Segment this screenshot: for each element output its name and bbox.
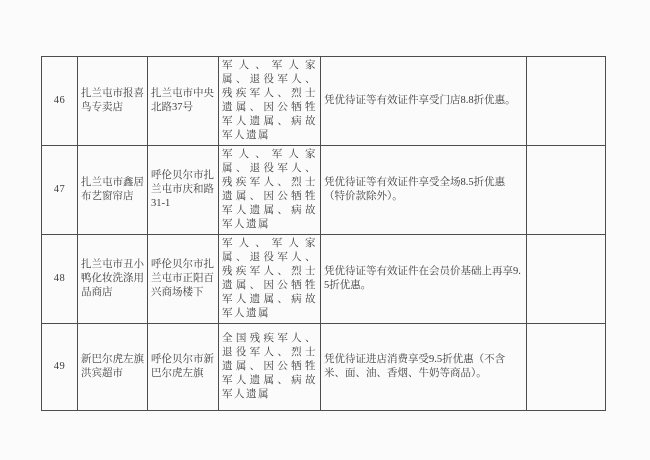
row-number-cell: 49 <box>42 324 78 411</box>
eligible-group-cell: 军人、军人家属、退役军人、残疾军人、烈士遗属、因公牺牲军人遗属、病故军人遗属 <box>219 235 321 324</box>
table-row: 49 新巴尔虎左旗洪宾超市 呼伦贝尔市新巴尔虎左旗 全国残疾军人、退役军人、烈士… <box>42 324 606 411</box>
address-cell: 扎兰屯市中央北路37号 <box>148 57 219 146</box>
shop-name-cell: 扎兰屯市报喜鸟专卖店 <box>78 57 148 146</box>
table-row: 46 扎兰屯市报喜鸟专卖店 扎兰屯市中央北路37号 军人、军人家属、退役军人、残… <box>42 57 606 146</box>
table-row: 47 扎兰屯市鑫居布艺窗帘店 呼伦贝尔市扎兰屯市庆和路31-1 军人、军人家属、… <box>42 146 606 235</box>
table-row: 48 扎兰屯市丑小鸭化妆洗涤用品商店 呼伦贝尔市扎兰屯市正阳百兴商场楼下 军人、… <box>42 235 606 324</box>
eligible-group-cell: 全国残疾军人、退役军人、烈士遗属、因公牺牲军人遗属、病故军人遗属 <box>219 324 321 411</box>
eligible-group-cell: 军人、军人家属、退役军人、残疾军人、烈士遗属、因公牺牲军人遗属、病故军人遗属 <box>219 146 321 235</box>
document-page: 46 扎兰屯市报喜鸟专卖店 扎兰屯市中央北路37号 军人、军人家属、退役军人、残… <box>0 0 650 460</box>
address-cell: 呼伦贝尔市新巴尔虎左旗 <box>148 324 219 411</box>
row-number-cell: 48 <box>42 235 78 324</box>
discount-detail-cell: 凭优待证等有效证件享受全场8.5折优惠（特价款除外）。 <box>321 146 527 235</box>
shop-name-cell: 扎兰屯市鑫居布艺窗帘店 <box>78 146 148 235</box>
discount-detail-cell: 凭优待证等有效证件享受门店8.8折优惠。 <box>321 57 527 146</box>
military-discount-table: 46 扎兰屯市报喜鸟专卖店 扎兰屯市中央北路37号 军人、军人家属、退役军人、残… <box>41 56 606 411</box>
note-cell <box>527 57 606 146</box>
discount-detail-cell: 凭优待证进店消费享受9.5折优惠（不含米、面、油、香烟、牛奶等商品）。 <box>321 324 527 411</box>
row-number-cell: 47 <box>42 146 78 235</box>
shop-name-cell: 新巴尔虎左旗洪宾超市 <box>78 324 148 411</box>
row-number-cell: 46 <box>42 57 78 146</box>
note-cell <box>527 235 606 324</box>
shop-name-cell: 扎兰屯市丑小鸭化妆洗涤用品商店 <box>78 235 148 324</box>
address-cell: 呼伦贝尔市扎兰屯市正阳百兴商场楼下 <box>148 235 219 324</box>
note-cell <box>527 146 606 235</box>
discount-detail-cell: 凭优待证等有效证件在会员价基础上再享9.5折优惠。 <box>321 235 527 324</box>
eligible-group-cell: 军人、军人家属、退役军人、残疾军人、烈士遗属、因公牺牲军人遗属、病故军人遗属 <box>219 57 321 146</box>
address-cell: 呼伦贝尔市扎兰屯市庆和路31-1 <box>148 146 219 235</box>
note-cell <box>527 324 606 411</box>
